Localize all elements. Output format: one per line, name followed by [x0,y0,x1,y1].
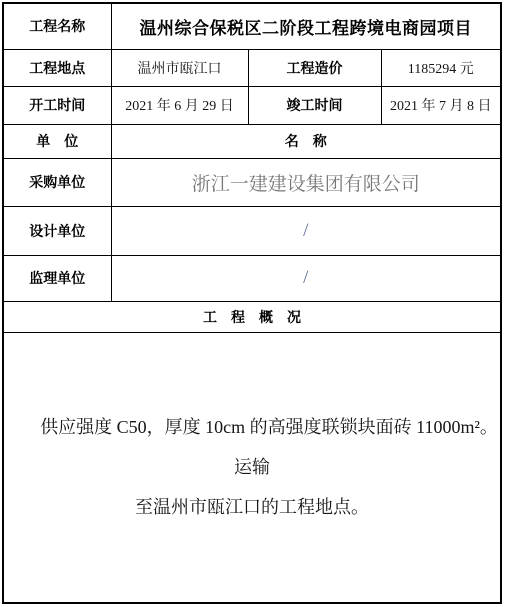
project-name-value: 温州综合保税区二阶段工程跨境电商园项目 [111,3,501,49]
row-purchasing-unit: 采购单位 浙江一建建设集团有限公司 [3,158,501,206]
row-dates: 开工时间 2021 年 6 月 29 日 竣工时间 2021 年 7 月 8 日 [3,86,501,124]
completion-date-value: 2021 年 7 月 8 日 [381,86,501,124]
start-date-label: 开工时间 [3,86,111,124]
overview-line-1: 供应强度 C50，厚度 10cm 的高强度联锁块面砖 11000m²。运输 [4,407,500,487]
design-unit-value: / [111,206,501,255]
row-location-cost: 工程地点 温州市瓯江口 工程造价 1185294 元 [3,49,501,86]
row-project-name: 工程名称 温州综合保税区二阶段工程跨境电商园项目 [3,3,501,49]
row-design-unit: 设计单位 / [3,206,501,255]
project-name-label: 工程名称 [3,3,111,49]
overview-content: 供应强度 C50，厚度 10cm 的高强度联锁块面砖 11000m²。运输 至温… [3,332,501,603]
start-date-value: 2021 年 6 月 29 日 [111,86,248,124]
location-label: 工程地点 [3,49,111,86]
row-overview-header: 工 程 概 况 [3,301,501,332]
row-supervision-unit: 监理单位 / [3,255,501,301]
purchasing-unit-label: 采购单位 [3,158,111,206]
completion-date-label: 竣工时间 [248,86,381,124]
location-value: 温州市瓯江口 [111,49,248,86]
project-info-table: 工程名称 温州综合保税区二阶段工程跨境电商园项目 工程地点 温州市瓯江口 工程造… [2,2,502,604]
supervision-unit-label: 监理单位 [3,255,111,301]
purchasing-unit-value: 浙江一建建设集团有限公司 [111,158,501,206]
overview-header: 工 程 概 况 [3,301,501,332]
row-overview-content: 供应强度 C50，厚度 10cm 的高强度联锁块面砖 11000m²。运输 至温… [3,332,501,603]
cost-value: 1185294 元 [381,49,501,86]
design-unit-label: 设计单位 [3,206,111,255]
cost-label: 工程造价 [248,49,381,86]
unit-header-value: 名 称 [111,124,501,158]
supervision-unit-value: / [111,255,501,301]
overview-line-2: 至温州市瓯江口的工程地点。 [4,487,500,527]
row-unit-header: 单 位 名 称 [3,124,501,158]
unit-header-label: 单 位 [3,124,111,158]
